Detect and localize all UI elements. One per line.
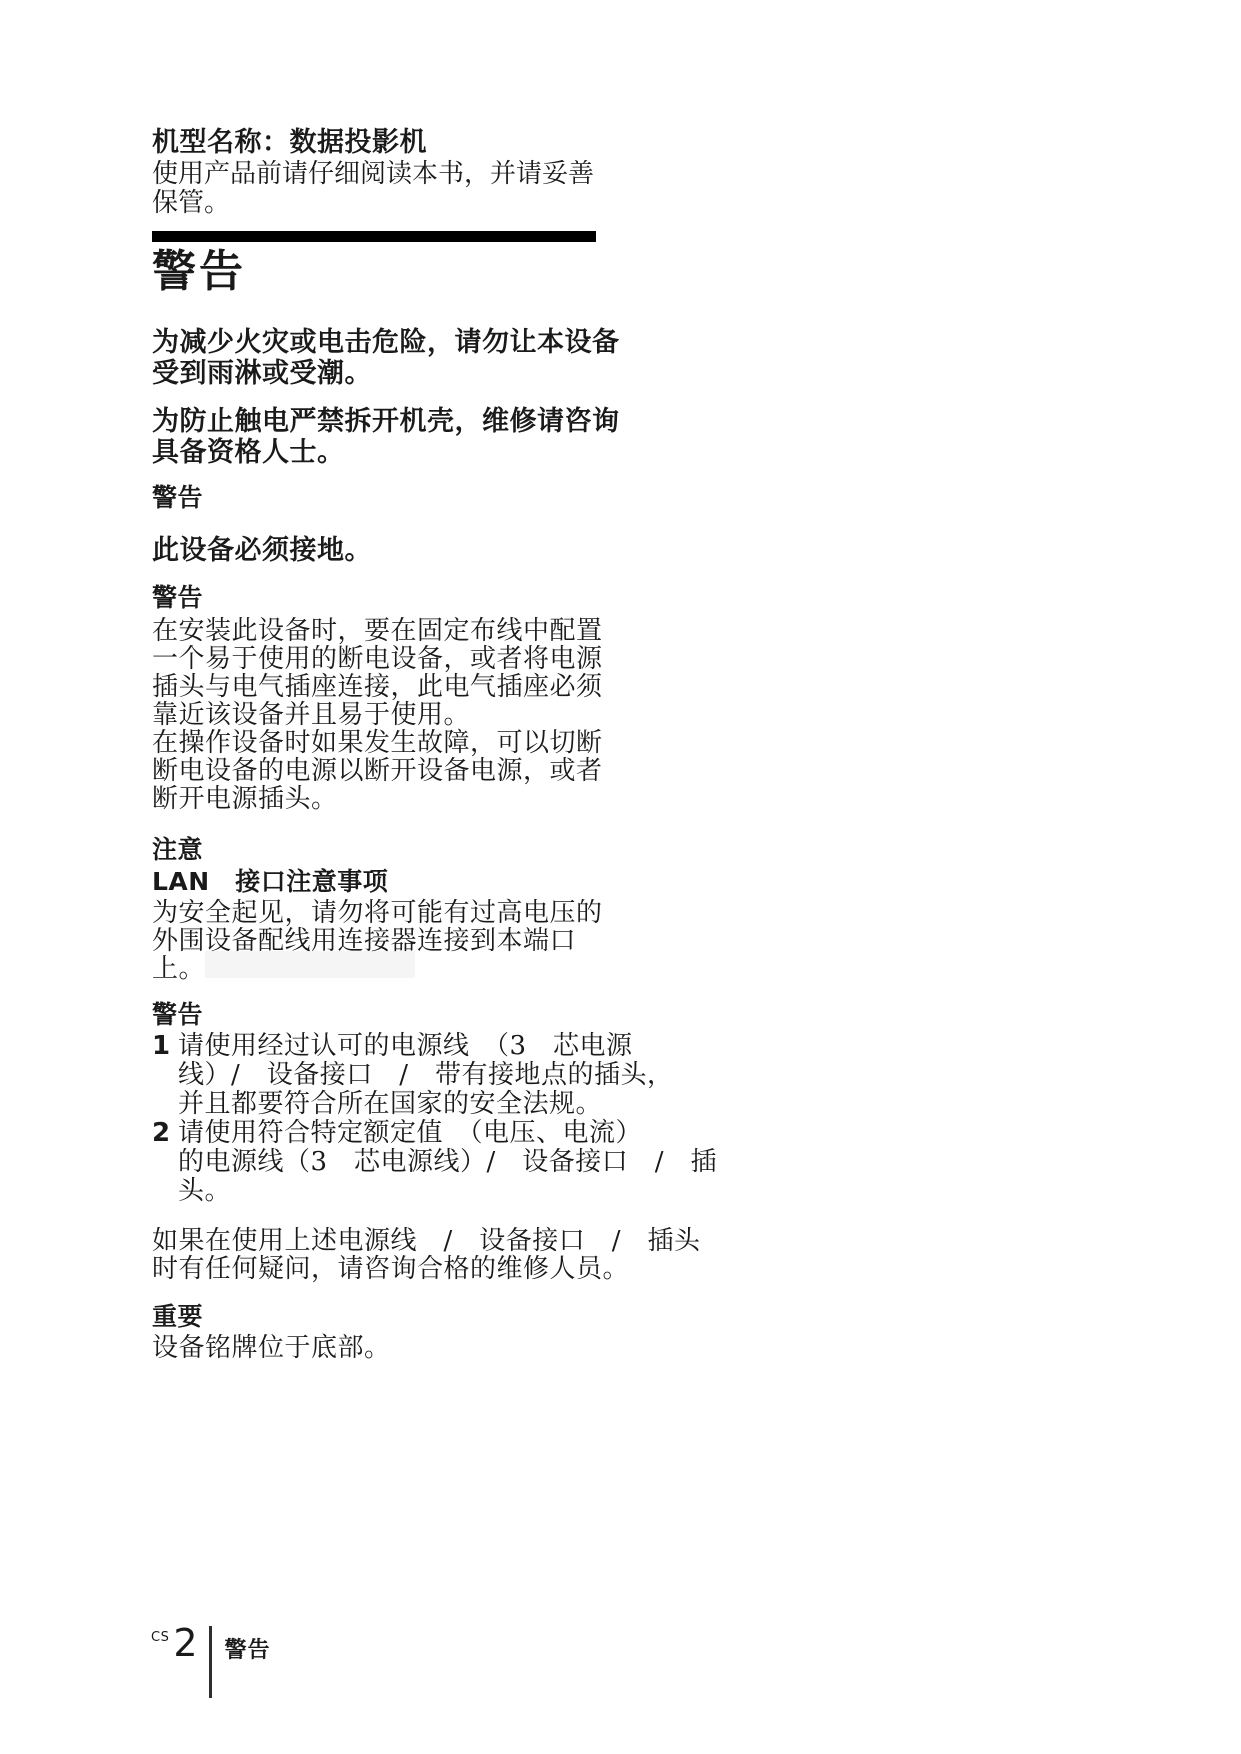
- important-body: 设备铭牌位于底部。: [152, 1334, 812, 1362]
- power-cord-note: 如果在使用上述电源线 / 设备接口 / 插头 时有任何疑问，请咨询合格的维修人员…: [152, 1227, 812, 1283]
- lan-caution-subheading: LAN 接口注意事项: [152, 867, 812, 897]
- page-number: 2: [173, 1626, 197, 1660]
- section-rule: [152, 231, 596, 242]
- grounding-heading: 警告: [152, 483, 812, 513]
- grounding-body: 此设备必须接地。: [152, 535, 812, 566]
- lan-caution-heading: 注意: [152, 835, 812, 865]
- list-item-number: 2: [152, 1119, 178, 1148]
- lead-warning-shock: 为防止触电严禁拆开机壳，维修请咨询 具备资格人士。: [152, 406, 812, 468]
- language-code: CS: [151, 1626, 169, 1645]
- disconnect-body: 在安装此设备时，要在固定布线中配置 一个易于使用的断电设备，或者将电源 插头与电…: [152, 617, 812, 813]
- power-cord-list: 1 请使用经过认可的电源线 （3 芯电源 线）/ 设备接口 / 带有接地点的插头…: [152, 1032, 812, 1206]
- important-heading: 重要: [152, 1302, 812, 1332]
- disconnect-heading: 警告: [152, 583, 812, 613]
- list-item: 1 请使用经过认可的电源线 （3 芯电源 线）/ 设备接口 / 带有接地点的插头…: [152, 1032, 812, 1119]
- page-footer: CS 2 警告: [151, 1626, 271, 1698]
- list-item-text: 请使用经过认可的电源线 （3 芯电源 线）/ 设备接口 / 带有接地点的插头， …: [178, 1032, 674, 1119]
- footer-running-title: 警告: [225, 1626, 271, 1664]
- model-title: 机型名称：数据投影机: [152, 126, 812, 160]
- list-item-number: 1: [152, 1032, 178, 1061]
- manual-page: 机型名称：数据投影机 使用产品前请仔细阅读本书，并请妥善 保管。 警告 为减少火…: [0, 0, 1241, 1754]
- list-item-text: 请使用符合特定额定值 （电压、电流） 的电源线（3 芯电源线）/ 设备接口 / …: [178, 1119, 717, 1206]
- page-title: 警告: [152, 247, 812, 297]
- list-item: 2 请使用符合特定额定值 （电压、电流） 的电源线（3 芯电源线）/ 设备接口 …: [152, 1119, 812, 1206]
- lead-warning-rain: 为减少火灾或电击危险，请勿让本设备 受到雨淋或受潮。: [152, 327, 812, 389]
- lan-caution-body: 为安全起见，请勿将可能有过高电压的 外围设备配线用连接器连接到本端口 上。: [152, 899, 812, 983]
- power-cord-heading: 警告: [152, 1000, 812, 1030]
- intro-text: 使用产品前请仔细阅读本书，并请妥善 保管。: [152, 160, 812, 218]
- footer-divider: [209, 1626, 212, 1698]
- page-content: 机型名称：数据投影机 使用产品前请仔细阅读本书，并请妥善 保管。 警告 为减少火…: [152, 126, 812, 1362]
